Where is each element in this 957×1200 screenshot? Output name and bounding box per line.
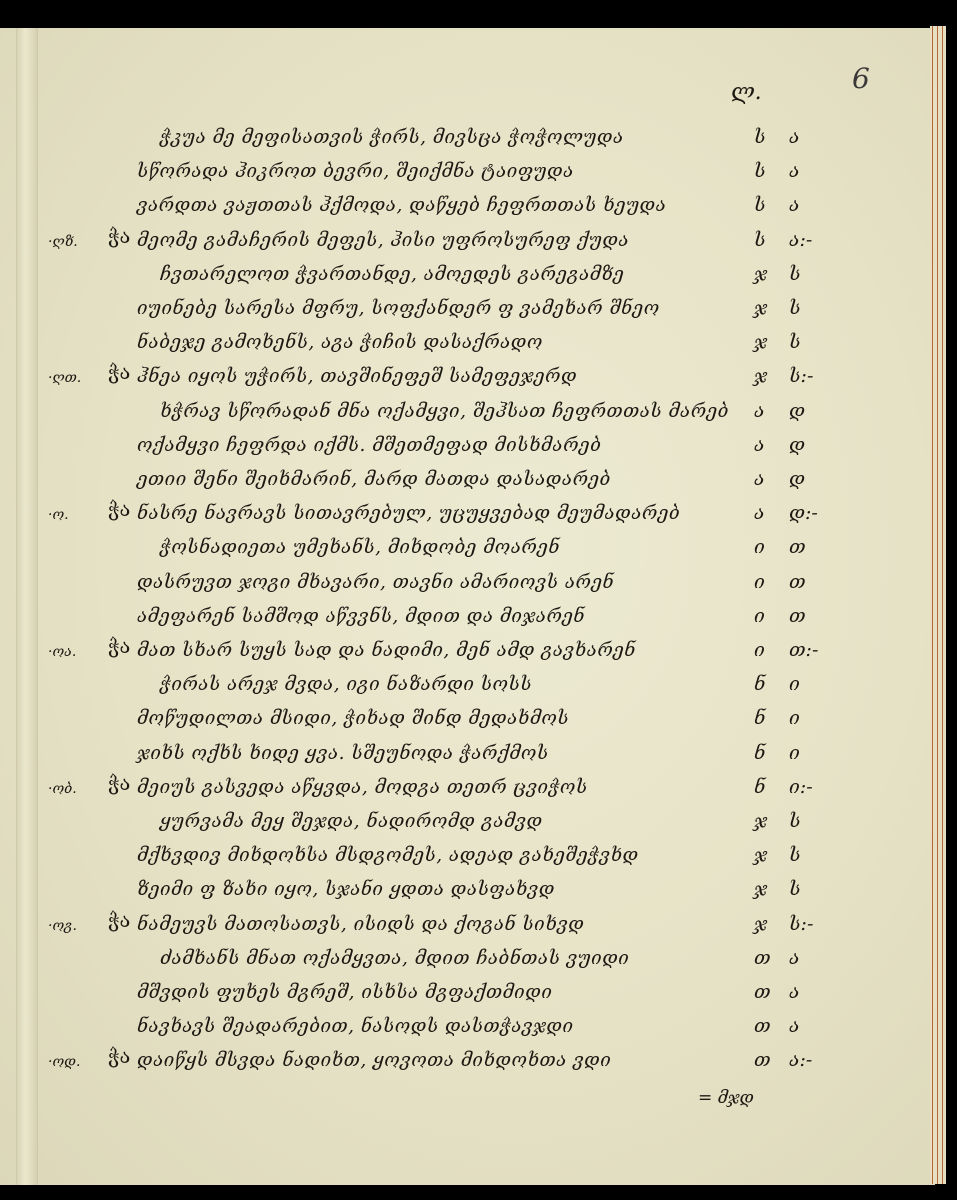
folio-mark: ლ. — [731, 80, 762, 105]
verse-line: ჭირას არეჯ მვდა, იგი ნაზარდი სოსს — [160, 674, 532, 695]
rhyme-letter-1: ნ — [754, 742, 765, 764]
rhyme-letter-2: ა — [789, 126, 799, 148]
verse-line: მათ სხარ სუყს სად და ნადიმი, მენ ამდ გავ… — [137, 640, 636, 661]
rhyme-letter-2: ი:- — [789, 776, 813, 798]
rhyme-letter-1: თ — [754, 981, 771, 1003]
rhyme-letter-2: თ — [789, 605, 806, 627]
rhyme-letter-1: ჯ — [754, 331, 767, 353]
verse-line: ეთიი შენი შეიხმარინ, მარდ მათდა დასადარე… — [137, 469, 611, 490]
verse-line: სწორადა ჰიკროთ ბევრი, შეიქმნა ტაიფუდა — [137, 161, 574, 182]
verse-line: ყურვამა მეყ შეჯდა, ნადირომდ გამვდ — [160, 811, 543, 832]
rhyme-letter-1: ი — [754, 639, 765, 661]
catchword: = მჯდ — [698, 1088, 754, 1108]
rhyme-letter-2: ა:- — [789, 1049, 812, 1071]
stanza-mark-icon: ჭა — [108, 908, 130, 932]
rhyme-letter-1: ს — [754, 229, 766, 251]
rhyme-letter-2: დ:- — [789, 502, 818, 524]
rhyme-letter-2: დ — [789, 468, 805, 490]
rhyme-letter-1: ა — [754, 434, 764, 456]
rhyme-letter-1: ჯ — [754, 365, 767, 387]
verse-line: მქხვდივ მიხდოხსა მსდგომეს, ადეად გახეშეჭ… — [137, 845, 639, 866]
rhyme-letter-1: ს — [754, 194, 766, 216]
verse-line: დაიწყს მსვდა ნადიხთ, ყოვოთა მიხდოხთა ვდი — [137, 1050, 611, 1071]
rhyme-letter-1: ჯ — [754, 913, 767, 935]
verse-line: იუინებე სარესა მფრუ, სოფქანდერ ფ ვამეხარ… — [137, 298, 660, 319]
rhyme-letter-2: თ — [789, 571, 806, 593]
verse-line: მშვდის ფუხეს მგრეშ, ისხსა მგფაქთმიდი — [137, 982, 552, 1003]
verse-line: მეიუს გასვედა აწყვდა, მოდგა თეთრ ცვიჭოს — [137, 777, 588, 798]
rhyme-letter-2: ა — [789, 194, 799, 216]
verse-line: ხჭრავ სწორადან მნა ოქამყვი, შეჰსათ ჩეფრთ… — [160, 401, 729, 422]
stanza-number: ·ოა. — [48, 644, 76, 660]
rhyme-letter-2: დ — [789, 400, 805, 422]
rhyme-letter-1: ა — [754, 502, 764, 524]
verse-line: ნამეუვს მათოსათვს, ისიდს და ქოგან სიხვდ — [137, 914, 584, 935]
verse-line: დასრუვთ ჯოგი მხავარი, თავნი ამარიოვს არე… — [137, 572, 614, 593]
rhyme-letter-1: ნ — [754, 673, 765, 695]
rhyme-letter-1: თ — [754, 947, 771, 969]
rhyme-letter-1: თ — [754, 1015, 771, 1037]
rhyme-letter-1: ჯ — [754, 844, 767, 866]
rhyme-letter-2: ს:- — [789, 365, 813, 387]
rhyme-letter-2: ს — [789, 844, 801, 866]
rhyme-letter-1: ნ — [754, 776, 765, 798]
rhyme-letter-1: ჯ — [754, 878, 767, 900]
rhyme-letter-1: თ — [754, 1049, 771, 1071]
book-gutter — [16, 28, 38, 1185]
stanza-number: ·ღთ. — [48, 370, 81, 386]
rhyme-letter-1: ჯ — [754, 297, 767, 319]
stanza-mark-icon: ჭა — [108, 634, 130, 658]
stanza-number: ·ობ. — [48, 781, 77, 797]
stanza-number: ·ღზ. — [48, 234, 78, 250]
rhyme-letter-2: თ:- — [789, 639, 818, 661]
stanza-number: ·ოდ. — [48, 1054, 80, 1070]
page-fore-edge — [930, 26, 946, 1184]
rhyme-letter-2: ა — [789, 981, 799, 1003]
rhyme-letter-1: ჯ — [754, 263, 767, 285]
verse-line: ამეფარენ სამშოდ აწვვნს, მდით და მიჯარენ — [137, 606, 585, 627]
stanza-mark-icon: ჭა — [108, 360, 130, 384]
verse-line: მეომე გამაჩერის მეფეს, ჰისი უფროსურეფ ქუ… — [137, 230, 629, 251]
verse-line: ჯიხს ოქხს ხიდე ყვა. სშეუნოდა ჭარქმოს — [137, 743, 549, 764]
stanza-mark-icon: ჭა — [108, 224, 130, 248]
rhyme-letter-1: ი — [754, 605, 765, 627]
verse-line: მოწუდილთა მსიდი, ჭიხად შინდ მედახმოს — [137, 708, 569, 729]
rhyme-letter-2: ს:- — [789, 913, 813, 935]
page-number: 6 — [852, 62, 870, 95]
rhyme-letter-1: ნ — [754, 707, 765, 729]
rhyme-letter-1: ჯ — [754, 810, 767, 832]
verse-line: ნავხავს შეადარებით, ნასოდს დასთჭავჯდი — [137, 1016, 574, 1037]
stanza-mark-icon: ჭა — [108, 771, 130, 795]
verse-line: ჭკუა მე მეფისათვის ჭირს, მივსცა ჭოჭოლუდა — [160, 127, 624, 148]
rhyme-letter-1: ს — [754, 160, 766, 182]
rhyme-letter-2: ს — [789, 263, 801, 285]
rhyme-letter-2: ა — [789, 160, 799, 182]
verse-line: ჭოსნადიეთა უმეხანს, მიხდობე მოარენ — [160, 537, 560, 558]
stanza-mark-icon: ჭა — [108, 1044, 130, 1068]
rhyme-letter-2: ი — [789, 742, 800, 764]
verse-line: ჩვთარელოთ ჭვართანდე, ამოედეს გარეგამზე — [160, 264, 624, 285]
verse-line: ჰნეა იყოს უჭირს, თავშინეფეშ სამეფეჯერდ — [137, 366, 577, 387]
rhyme-letter-1: ს — [754, 126, 766, 148]
rhyme-letter-2: ს — [789, 810, 801, 832]
verse-line: ნაბეჯე გამოხენს, აგა ჭიჩის დასაქრადო — [137, 332, 543, 353]
stanza-number: ·ოგ. — [48, 918, 77, 934]
rhyme-letter-2: ა:- — [789, 229, 812, 251]
verse-line: ოქამყვი ჩეფრდა იქმს. მშეთმეფად მისხმარებ — [137, 435, 601, 456]
verse-line: ნასრე ნავრავს სითავრებულ, უცუყვებად მეუმ… — [137, 503, 680, 524]
rhyme-letter-2: თ — [789, 536, 806, 558]
verse-line: ვარდთა ვაჟთთას ჰქმოდა, დაწყებ ჩეფრთთას ხ… — [137, 195, 666, 216]
rhyme-letter-2: ა — [789, 1015, 799, 1037]
rhyme-letter-2: ს — [789, 297, 801, 319]
rhyme-letter-1: ა — [754, 468, 764, 490]
verse-line: ზეიმი ფ ზახი იყო, სჯანი ყდთა დასფახვდ — [137, 879, 555, 900]
stanza-number: ·ო. — [48, 507, 69, 523]
rhyme-letter-1: ი — [754, 536, 765, 558]
rhyme-letter-2: ა — [789, 947, 799, 969]
rhyme-letter-2: დ — [789, 434, 805, 456]
rhyme-letter-2: ს — [789, 331, 801, 353]
rhyme-letter-1: ი — [754, 571, 765, 593]
rhyme-letter-2: ი — [789, 673, 800, 695]
rhyme-letter-1: ა — [754, 400, 764, 422]
stanza-mark-icon: ჭა — [108, 497, 130, 521]
rhyme-letter-2: ს — [789, 878, 801, 900]
rhyme-letter-2: ი — [789, 707, 800, 729]
verse-line: ძამხანს მნათ ოქამყვთა, მდით ჩაბნთას ვუიდ… — [160, 948, 629, 969]
